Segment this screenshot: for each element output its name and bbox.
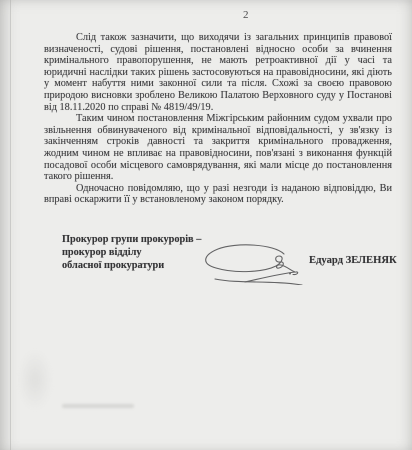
scan-edge-line (10, 0, 11, 450)
document-body: Слід також зазначити, що виходячи із заг… (44, 32, 392, 206)
scan-smudge-artifact (62, 404, 134, 408)
page-number: 2 (243, 9, 249, 21)
scan-smudge-artifact-2 (18, 350, 52, 410)
signatory-name: Едуард ЗЕЛЕНЯК (309, 255, 397, 266)
handwritten-signature (198, 241, 314, 285)
document-page: 2 Слід також зазначити, що виходячи із з… (0, 0, 412, 450)
paragraph-legal-certainty: Слід також зазначити, що виходячи із заг… (44, 32, 392, 113)
paragraph-appeal-notice: Одночасно повідомляю, що у разі незгоди … (44, 183, 392, 206)
paragraph-court-ruling: Таким чином постановлення Міжгірським ра… (44, 113, 392, 183)
